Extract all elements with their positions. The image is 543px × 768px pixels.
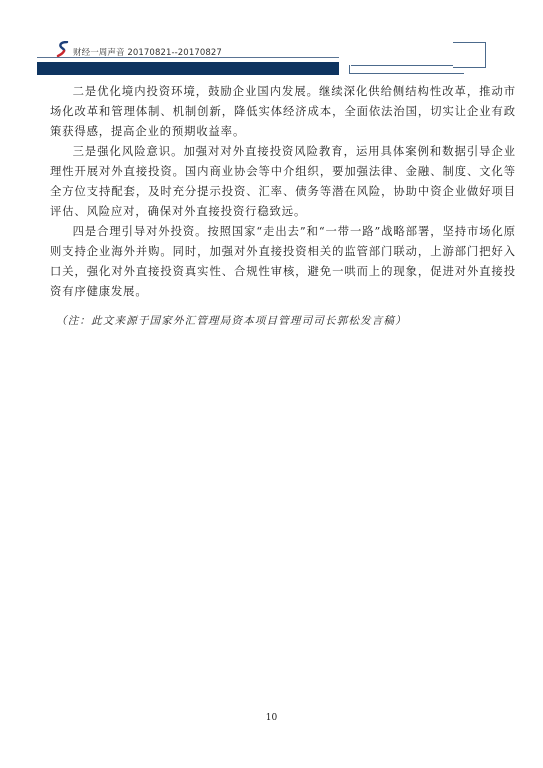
- header-decoration-underline: [349, 73, 464, 74]
- source-note: （注：此文来源于国家外汇管理局资本项目管理司司长郭松发言稿）: [56, 313, 407, 328]
- page-number: 10: [0, 713, 543, 723]
- paragraph-3: 三是强化风险意识。加强对对外直接投资风险教育，运用具体案例和数据引导企业理性开展…: [50, 142, 516, 222]
- page-header: 财经一周声音 20170821--20170827: [0, 0, 543, 80]
- article-body: 二是优化境内投资环境，鼓励企业国内发展。继续深化供给侧结构性改革，推动市场化改革…: [50, 82, 516, 302]
- header-bar: [37, 62, 339, 75]
- header-rule: [37, 57, 339, 58]
- header-decoration-edge: [349, 65, 350, 73]
- header-decoration-bracket: [453, 42, 486, 68]
- paragraph-4: 四是合理引导对外投资。按照国家“走出去”和“一带一路”战略部署，坚持市场化原则支…: [50, 222, 516, 302]
- s-swirl-logo-icon: [56, 41, 70, 57]
- header-decoration-line: [351, 65, 453, 66]
- paragraph-2: 二是优化境内投资环境，鼓励企业国内发展。继续深化供给侧结构性改革，推动市场化改革…: [50, 82, 516, 142]
